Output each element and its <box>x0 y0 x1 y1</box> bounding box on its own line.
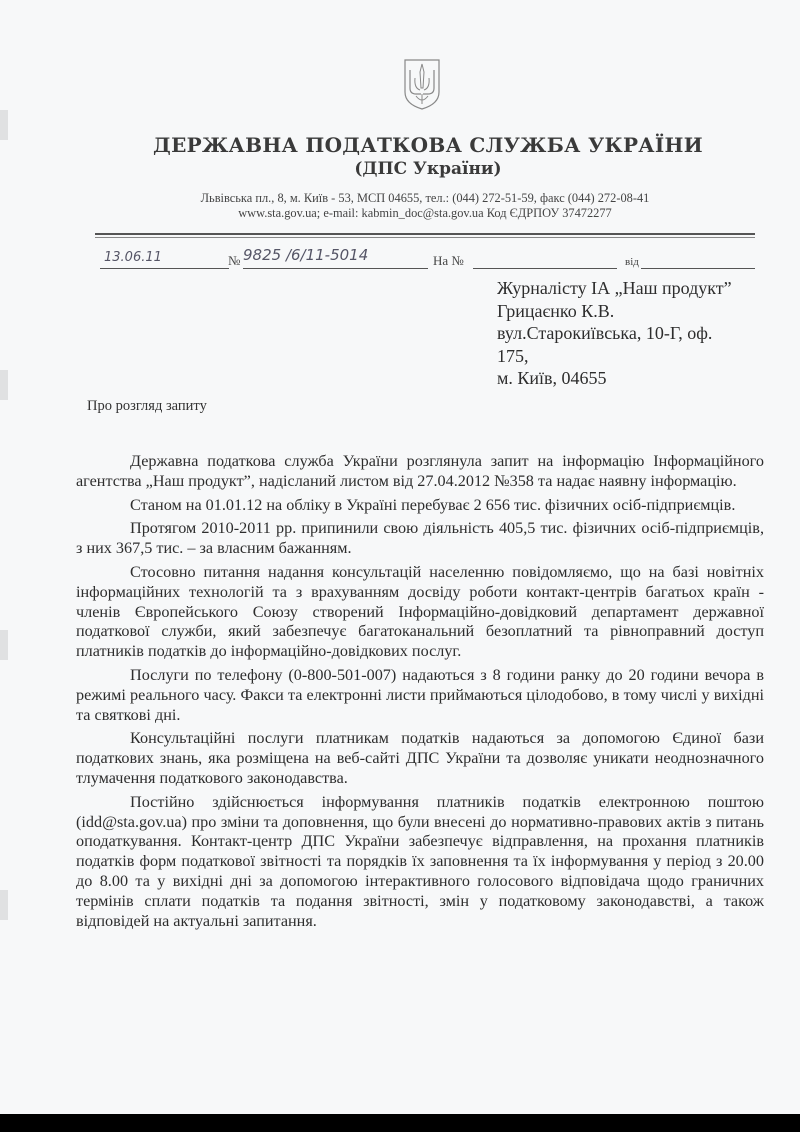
from-label: від <box>625 256 639 268</box>
number-label: № <box>228 253 240 269</box>
reply-to-number-field <box>473 250 617 269</box>
web-email-line: www.sta.gov.ua; e-mail: kabmin_doc@sta.g… <box>150 206 700 221</box>
body-paragraph: Стосовно питання надання консультацій на… <box>76 563 764 662</box>
organization-abbreviation: (ДПС України) <box>0 159 800 179</box>
outgoing-date-field: 13.06.11 <box>100 250 229 269</box>
addressee-line: м. Київ, 04655 <box>497 367 787 390</box>
reply-from-date-field <box>641 250 755 269</box>
addressee-block: Журналісту ІА „Наш продукт” Грицаєнко К.… <box>497 277 787 390</box>
addressee-line: Журналісту ІА „Наш продукт” <box>497 277 787 300</box>
body-paragraph: Станом на 01.01.12 на обліку в Україні п… <box>76 496 764 516</box>
addressee-line: вул.Старокиївська, 10-Г, оф. <box>497 322 787 345</box>
organization-name: ДЕРЖАВНА ПОДАТКОВА СЛУЖБА УКРАЇНИ <box>0 133 800 157</box>
body-paragraph: Державна податкова служба України розгля… <box>76 452 764 492</box>
addressee-line: Грицаєнко К.В. <box>497 300 787 323</box>
organization-contacts: Львівська пл., 8, м. Київ - 53, МСП 0465… <box>150 191 700 221</box>
body-paragraph: Протягом 2010-2011 рр. припинили свою ді… <box>76 519 764 559</box>
registration-row: 13.06.11 № 9825 /6/11-5014 На № від <box>95 250 760 272</box>
reply-to-label: На № <box>433 253 464 269</box>
outgoing-number-field: 9825 /6/11-5014 <box>243 246 428 269</box>
letterhead-divider <box>95 233 755 235</box>
address-line: Львівська пл., 8, м. Київ - 53, МСП 0465… <box>150 191 700 206</box>
body-paragraph: Консультаційні послуги платникам податкі… <box>76 729 764 788</box>
letter-body: Державна податкова служба України розгля… <box>76 452 764 935</box>
body-paragraph: Послуги по телефону (0-800-501-007) нада… <box>76 666 764 725</box>
addressee-line: 175, <box>497 345 787 368</box>
letter-subject: Про розгляд запиту <box>87 398 207 415</box>
letter-page: ДЕРЖАВНА ПОДАТКОВА СЛУЖБА УКРАЇНИ (ДПС У… <box>0 0 800 1114</box>
body-paragraph: Постійно здійснюється інформування платн… <box>76 793 764 932</box>
trident-coat-of-arms-icon <box>402 58 442 110</box>
letterhead-divider-thin <box>95 237 755 238</box>
